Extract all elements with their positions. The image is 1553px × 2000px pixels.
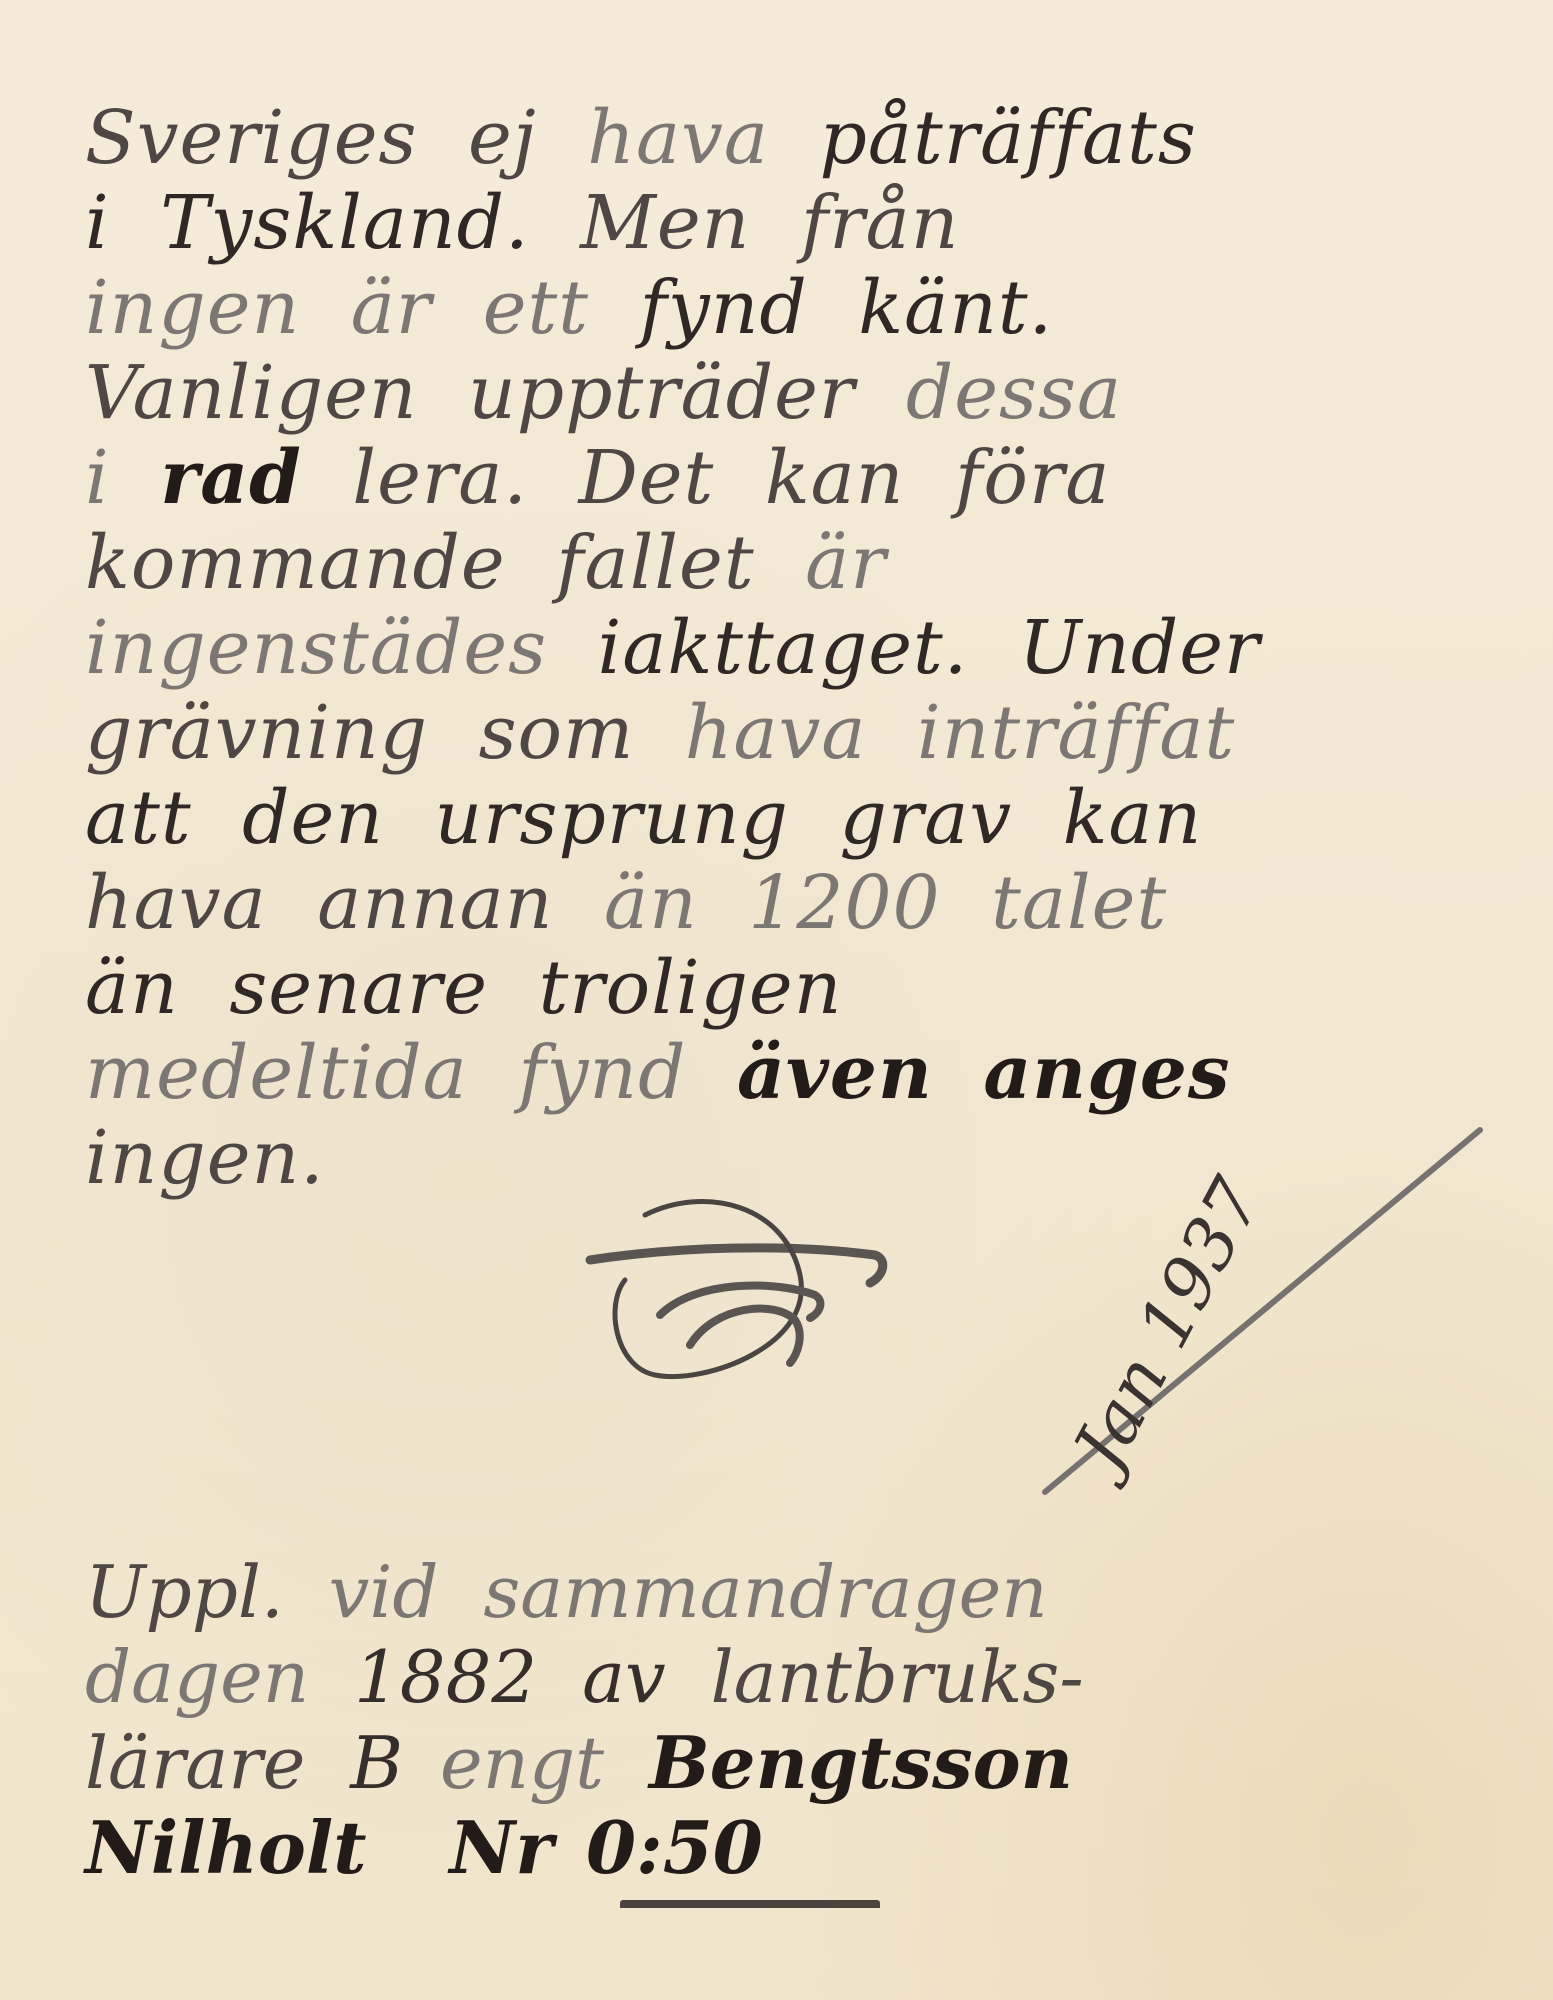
word: kommande: [85, 520, 506, 606]
word: hava: [685, 690, 867, 776]
text-line-13: ingen.: [85, 1115, 351, 1201]
footer-line-1: Uppl. vid sammandragen: [85, 1550, 1048, 1634]
word: annan: [317, 860, 553, 946]
word: ej: [468, 95, 537, 181]
word: ingen.: [85, 1115, 325, 1201]
text-line-9: att den ursprung grav kan: [85, 775, 1228, 861]
word: dessa: [906, 350, 1122, 436]
text-line-10: hava annan än 1200 talet: [85, 860, 1193, 946]
text-line-7: ingenstädes iakttaget. Under: [85, 605, 1286, 691]
footer-line-3: lärare B engt Bengtsson: [85, 1720, 1073, 1805]
word: den: [242, 775, 384, 861]
word: hava: [85, 860, 267, 946]
word: talet: [991, 860, 1167, 946]
word: lantbruks-: [711, 1635, 1084, 1719]
word: Vanligen: [85, 350, 418, 436]
word: iakttaget.: [598, 605, 969, 691]
text-line-2: i Tyskland. Men från: [85, 180, 985, 266]
text-line-4: Vanligen uppträder dessa: [85, 350, 1148, 436]
footer-line-4: Nilholt Nr 0:50: [85, 1805, 763, 1890]
word: fallet: [556, 520, 754, 606]
word: lärare: [85, 1721, 305, 1805]
word: som: [479, 690, 635, 776]
word: ingen: [85, 265, 300, 351]
text-line-6: kommande fallet är: [85, 520, 913, 606]
word: sammandragen: [483, 1550, 1047, 1634]
footer-line-2: dagen 1882 av lantbruks-: [85, 1635, 1084, 1719]
word: påträffats: [820, 95, 1197, 181]
word: i: [85, 180, 110, 266]
word: grav: [839, 775, 1012, 861]
text-line-12: medeltida fynd även anges: [85, 1030, 1257, 1116]
word: föra: [955, 435, 1110, 521]
word: senare: [229, 945, 488, 1031]
text-line-8: grävning som hava inträffat: [85, 690, 1261, 776]
word: hava: [587, 95, 769, 181]
word: Nr: [449, 1805, 553, 1890]
word: även: [737, 1030, 933, 1116]
word: grävning: [85, 690, 428, 776]
word: från: [801, 180, 960, 266]
word: Bengtsson: [649, 1720, 1073, 1805]
word: Under: [1019, 605, 1261, 691]
word: ingenstädes: [85, 605, 547, 691]
catalog-number: 0:50: [586, 1805, 763, 1890]
text-line-11: än senare troligen: [85, 945, 868, 1031]
word: att: [85, 775, 192, 861]
word: än: [604, 860, 698, 946]
word: kan: [765, 435, 905, 521]
word: fynd: [518, 1030, 686, 1116]
underline-stroke: [620, 1900, 880, 1918]
word: Men: [580, 180, 750, 266]
word: känt.: [858, 265, 1053, 351]
word: ursprung: [434, 775, 788, 861]
text-line-1: Sveriges ej hava påträffats: [85, 95, 1223, 181]
word: av: [582, 1635, 666, 1719]
word: än: [85, 945, 179, 1031]
word: Tyskland.: [160, 180, 529, 266]
word: troligen: [539, 945, 843, 1031]
word: Sveriges: [85, 95, 417, 181]
word: 1200: [748, 860, 940, 946]
word: ett: [483, 265, 589, 351]
word: uppträder: [468, 350, 855, 436]
word: rad: [160, 435, 302, 521]
text-line-5: i rad lera. Det kan föra: [85, 435, 1136, 521]
word: Nilholt: [85, 1805, 367, 1890]
word: i: [85, 435, 110, 521]
word: 1882: [354, 1635, 537, 1719]
word: dagen: [85, 1635, 309, 1719]
word: lera.: [352, 435, 527, 521]
word: medeltida: [85, 1030, 468, 1116]
letter-page: Sveriges ej hava påträffats i Tyskland. …: [0, 0, 1553, 2000]
word: B: [350, 1721, 403, 1805]
word: Uppl.: [85, 1550, 284, 1634]
monogram-signature-icon: [585, 1185, 975, 1400]
word: fynd: [640, 265, 808, 351]
word: kan: [1063, 775, 1203, 861]
word: vid: [329, 1550, 439, 1634]
text-line-3: ingen är ett fynd känt.: [85, 265, 1079, 351]
word: engt: [440, 1721, 604, 1805]
word: är: [351, 265, 433, 351]
word: inträffat: [917, 690, 1235, 776]
word: är: [805, 520, 887, 606]
word: Det: [578, 435, 714, 521]
word: anges: [983, 1030, 1230, 1116]
